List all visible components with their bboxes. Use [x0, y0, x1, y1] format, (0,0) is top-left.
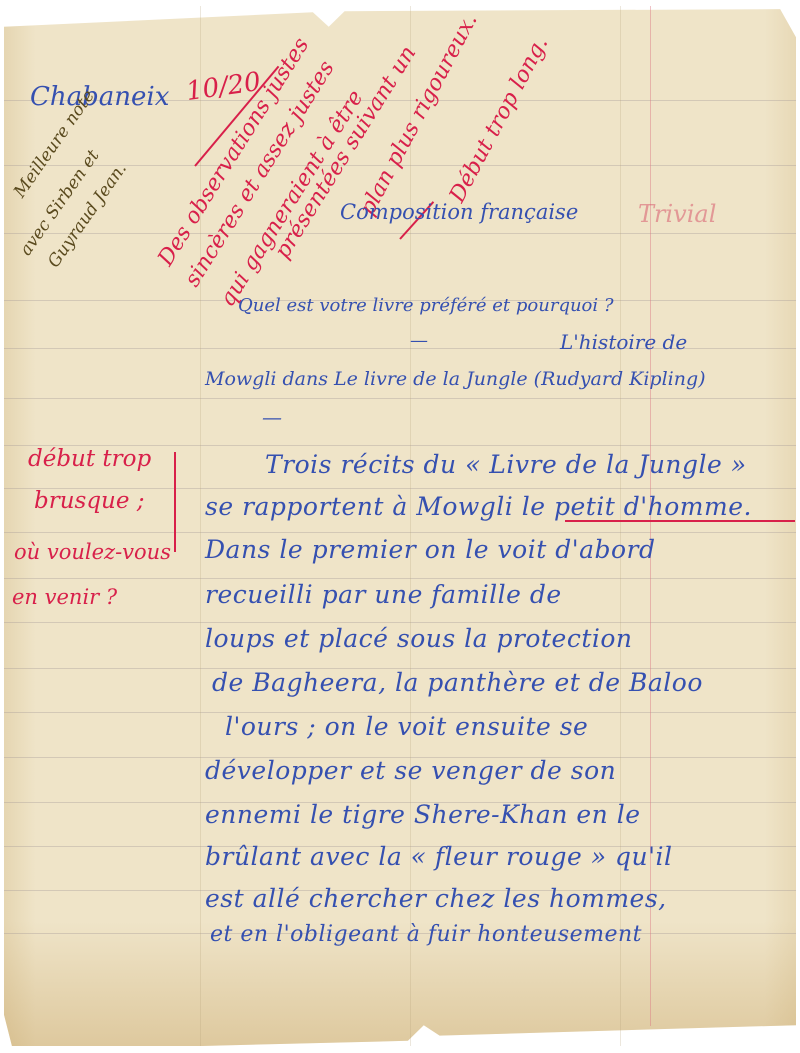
composition-title: Composition française [340, 200, 578, 224]
margin-bracket-stroke [174, 452, 176, 552]
paper-fold [200, 6, 201, 1046]
essay-line: et en l'obligeant à fuir honteusement [210, 922, 642, 947]
ruled-line [4, 532, 796, 533]
ruled-line [4, 622, 796, 623]
margin-comment-line: en venir ? [12, 585, 117, 609]
margin-comment-line: brusque ; [34, 488, 145, 514]
essay-line: ennemi le tigre Shere-Khan en le [205, 800, 641, 829]
ruled-line [4, 578, 796, 579]
subtitle-line-2: Mowgli dans Le livre de la Jungle (Rudya… [205, 368, 706, 390]
ruled-line [4, 398, 796, 399]
subtitle-line-1: L'histoire de [560, 330, 687, 354]
essay-line: développer et se venger de son [205, 756, 616, 785]
student-name: Chabaneix [30, 82, 169, 112]
ruled-line [4, 233, 796, 234]
dash-separator: — [410, 330, 428, 351]
essay-line: est allé chercher chez les hommes, [205, 884, 667, 913]
essay-line: se rapportent à Mowgli le petit d'homme. [205, 492, 752, 521]
essay-line: Trois récits du « Livre de la Jungle » [265, 450, 747, 479]
essay-line: de Bagheera, la panthère et de Baloo [212, 668, 703, 697]
essay-line: l'ours ; on le voit ensuite se [225, 712, 588, 741]
essay-line: loups et placé sous la protection [205, 624, 633, 653]
faint-margin-word: Trivial [638, 200, 716, 228]
red-underline [565, 520, 795, 522]
essay-line: Dans le premier on le voit d'abord [205, 535, 656, 564]
essay-line: brûlant avec la « fleur rouge » qu'il [205, 842, 673, 871]
question: Quel est votre livre préféré et pourquoi… [238, 295, 614, 316]
dash-separator: — [262, 405, 282, 429]
essay-line: recueilli par une famille de [205, 580, 562, 609]
margin-comment-line: où voulez-vous [14, 540, 171, 564]
margin-comment-line: début trop [28, 446, 151, 472]
